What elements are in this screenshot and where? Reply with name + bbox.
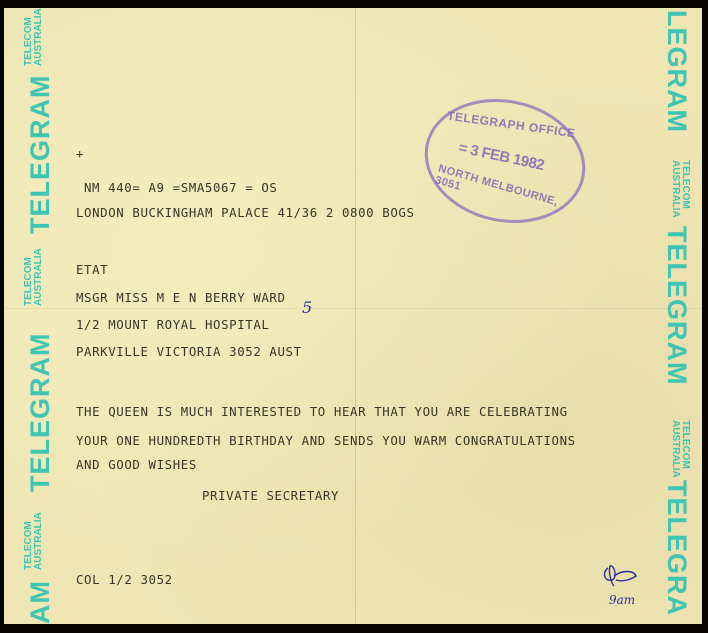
recipient-city: PARKVILLE VICTORIA 3052 AUST — [76, 344, 302, 359]
right-telegram-title: TELEGRAM — [661, 226, 692, 386]
left-issuer-top: TELECOMAUSTRALIA — [24, 8, 44, 66]
stamp-location: NORTH MELBOURNE, 3051 — [434, 163, 577, 225]
left-telegram-title-2: TELEGRAM — [25, 333, 56, 493]
recipient-name: MSGR MISS M E N BERRY WARD — [76, 290, 286, 305]
handwritten-time-note: 9am — [609, 593, 635, 607]
stamp-date: = 3 FEB 1982 — [457, 139, 546, 174]
telegram-paper: TELECOMAUSTRALIA TELEGRAM TELECOMAUSTRAL… — [4, 8, 702, 624]
message-line-1: THE QUEEN IS MUCH INTERESTED TO HEAR THA… — [76, 404, 568, 419]
signature: PRIVATE SECRETARY — [202, 488, 339, 503]
header-marker: + — [76, 146, 84, 161]
stamp-office: TELEGRAPH OFFICE — [446, 109, 576, 141]
service-line: NM 440= A9 =SMA5067 = OS — [84, 180, 277, 195]
priority-indicator: ETAT — [76, 262, 108, 277]
left-telegram-title-1: TELEGRAM — [25, 75, 56, 235]
handwritten-ward-number: 5 — [302, 298, 312, 317]
right-issuer-2: TELECOMAUSTRALIA — [670, 420, 690, 478]
telegraph-office-postmark: TELEGRAPH OFFICE = 3 FEB 1982 NORTH MELB… — [413, 84, 597, 237]
right-issuer-1: TELECOMAUSTRALIA — [670, 160, 690, 218]
message-line-2: YOUR ONE HUNDREDTH BIRTHDAY AND SENDS YO… — [76, 433, 576, 448]
issuer-label: TELECOMAUSTRALIA — [24, 8, 44, 66]
right-telegram-partial-top: LEGRAM — [661, 10, 692, 133]
origin-line: LONDON BUCKINGHAM PALACE 41/36 2 0800 BO… — [76, 205, 415, 220]
fold-line-horizontal — [4, 308, 702, 309]
collation-line: COL 1/2 3052 — [76, 572, 173, 587]
recipient-address: 1/2 MOUNT ROYAL HOSPITAL — [76, 317, 269, 332]
left-issuer-bottom: TELECOMAUSTRALIA — [24, 512, 44, 570]
left-telegram-partial: AM — [25, 580, 56, 624]
left-issuer-mid: TELECOMAUSTRALIA — [24, 248, 44, 306]
handwritten-initials-icon — [600, 560, 640, 596]
right-telegram-partial-bottom: TELEGRA — [661, 480, 692, 616]
fold-line-vertical — [355, 8, 356, 624]
message-line-3: AND GOOD WISHES — [76, 457, 197, 472]
